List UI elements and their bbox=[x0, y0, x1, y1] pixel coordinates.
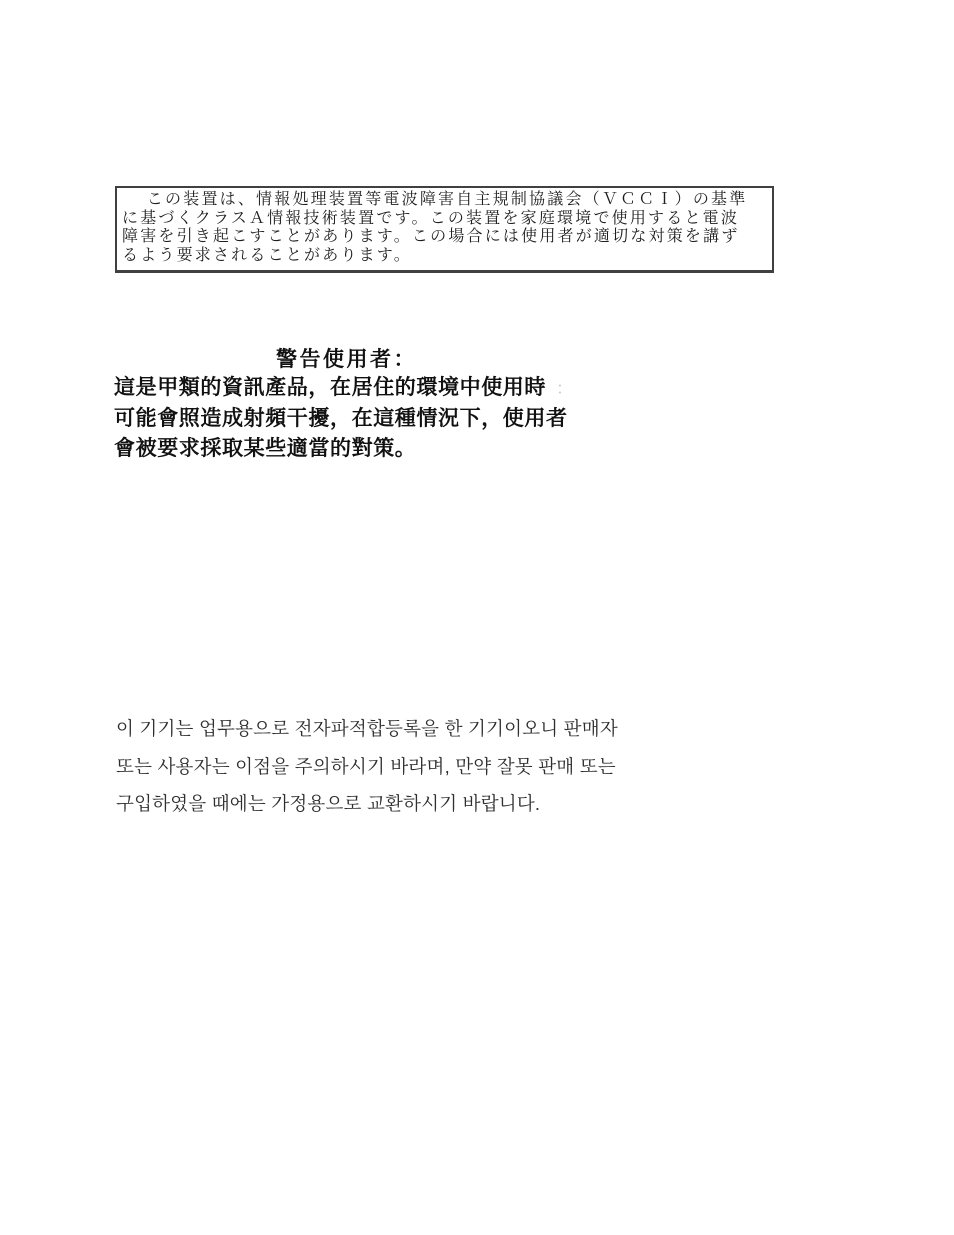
vcci-notice-line: この装置は、情報処理装置等電波障害自主規制協議会（ＶＣＣＩ）の基準 bbox=[122, 191, 767, 210]
taiwan-warning-line: 會被要求採取某些適當的對策。 bbox=[114, 434, 574, 464]
taiwan-warning-line: 這是甲類的資訊產品，在居住的環境中使用時： bbox=[114, 373, 574, 404]
korean-emc-notice-line: 또는 사용자는 이점을 주의하시기 바라며, 만약 잘못 판매 또는 bbox=[116, 748, 618, 786]
faint-print-mark: ： bbox=[556, 379, 574, 398]
vcci-notice-line: るよう要求されることがあります。 bbox=[122, 247, 767, 266]
taiwan-class-a-warning: 警告使用者： 這是甲類的資訊產品，在居住的環境中使用時： 可能會照造成射頻干擾，… bbox=[114, 346, 574, 464]
vcci-notice-text: この装置は、情報処理装置等電波障害自主規制協議会（ＶＣＣＩ）の基準 に基づくクラ… bbox=[117, 188, 772, 265]
vcci-notice-line: に基づくクラスＡ情報技術装置です。この装置を家庭環境で使用すると電波 bbox=[122, 210, 767, 229]
vcci-notice-line: 障害を引き起こすことがあります。この場合には使用者が適切な対策を講ず bbox=[122, 228, 767, 247]
korean-emc-notice-line: 이 기기는 업무용으로 전자파적합등록을 한 기기이오니 판매자 bbox=[116, 710, 618, 748]
korean-emc-notice: 이 기기는 업무용으로 전자파적합등록을 한 기기이오니 판매자 또는 사용자는… bbox=[116, 710, 618, 823]
document-page: この装置は、情報処理装置等電波障害自主規制協議会（ＶＣＣＩ）の基準 に基づくクラ… bbox=[0, 0, 954, 1235]
korean-emc-notice-line: 구입하였을 때에는 가정용으로 교환하시기 바랍니다. bbox=[116, 785, 618, 823]
vcci-notice-box: この装置は、情報処理装置等電波障害自主規制協議会（ＶＣＣＩ）の基準 に基づくクラ… bbox=[115, 186, 774, 273]
taiwan-warning-line-text: 這是甲類的資訊產品，在居住的環境中使用時 bbox=[114, 376, 546, 399]
taiwan-warning-line: 可能會照造成射頻干擾，在這種情況下，使用者 bbox=[114, 404, 574, 434]
taiwan-warning-title: 警告使用者： bbox=[276, 346, 574, 373]
